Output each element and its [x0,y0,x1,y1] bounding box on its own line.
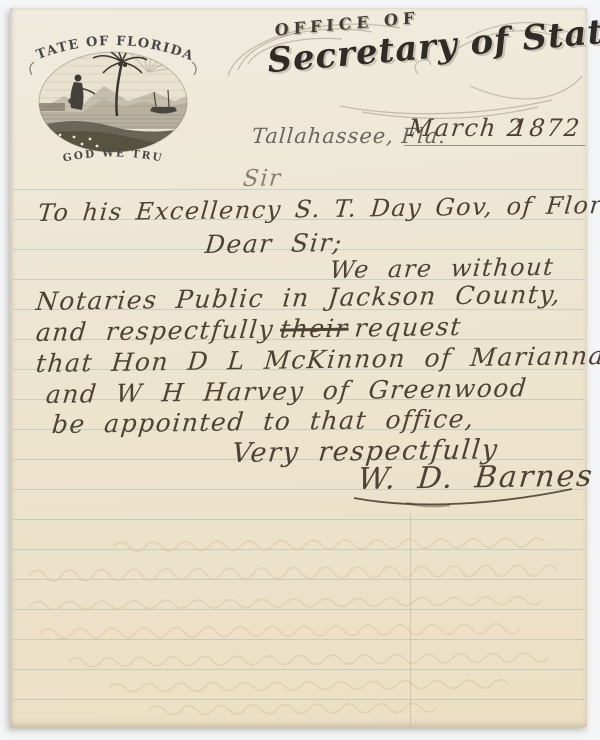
seal-vignette-scene [39,40,187,152]
dateline-year-handwritten: 1872 [508,114,588,146]
paper-crease [410,513,411,725]
greeting-line: Dear Sir; [204,228,344,259]
body-line-6: be appointed to that office, [51,404,476,439]
body-line-3: and respectfullytheirrequest [35,312,464,347]
body-line-4: that Hon D L McKinnon of Marianna, [35,341,600,378]
letter-paper: STATE OF FLORIDA. [10,8,587,727]
signature-flourish [348,486,578,512]
address-line: To his Excellency S. T. Day Gov, of Flor… [37,191,600,227]
far-shore [39,103,65,111]
body-line-3-post: request [353,312,463,342]
banner-flourish-left [30,62,34,75]
body-line-3-struck-word: their [279,314,350,344]
banner-flourish-right [192,62,196,75]
salutation: Sir [242,165,283,192]
state-of-florida-seal: STATE OF FLORIDA. [22,14,204,166]
body-line-3-pre: and respectfully [35,315,276,347]
bleedthrough-writing [17,510,579,726]
body-line-2: Notaries Public in Jackson County, [35,280,563,316]
